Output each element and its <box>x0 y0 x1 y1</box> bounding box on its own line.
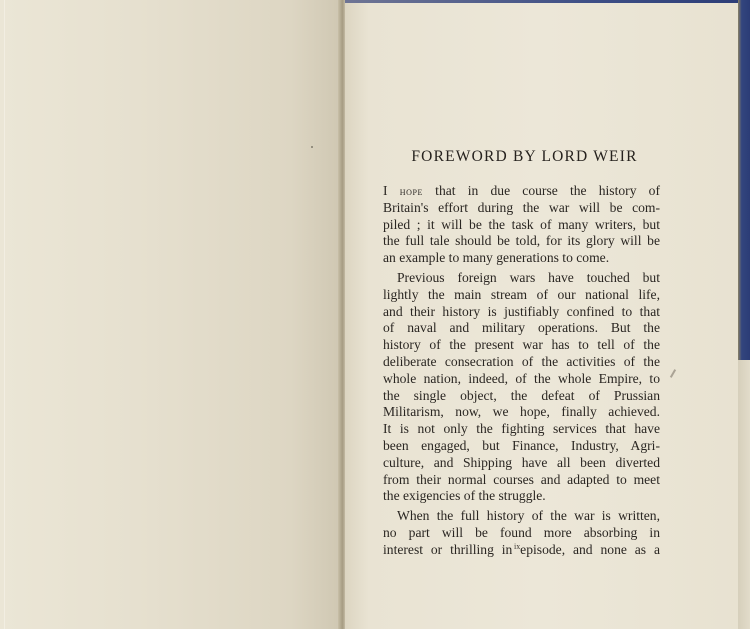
paragraph-3: When the full history of the war is writ… <box>383 508 660 558</box>
text-line: the single object, the defeat of Prussia… <box>383 388 660 405</box>
paragraph-1: I hope that in due course the history of… <box>383 183 660 267</box>
text-line: piled ; it will be the task of many writ… <box>383 217 660 234</box>
open-book-spread: FOREWORD BY LORD WEIR I hope that in due… <box>0 0 750 629</box>
text-line: no part will be found more absorbing in <box>383 525 660 542</box>
book-cover-edge-right <box>738 0 750 360</box>
paper-speck <box>311 146 313 148</box>
foreword-text: FOREWORD BY LORD WEIR I hope that in due… <box>383 140 660 562</box>
text-line: It is not only the fighting services tha… <box>383 421 660 438</box>
text-line: and their history is justifiably confine… <box>383 304 660 321</box>
text-line: When the full history of the war is writ… <box>383 508 660 525</box>
text-line: history of the present war has to tell o… <box>383 337 660 354</box>
text-line: an example to many generations to come. <box>383 250 660 267</box>
left-page-blank <box>0 0 342 629</box>
page-number: ix <box>514 542 520 551</box>
text-line: the full tale should be told, for its gl… <box>383 233 660 250</box>
page-edge <box>738 360 750 629</box>
paragraph-2: Previous foreign wars have touched but l… <box>383 270 660 505</box>
text-line: Previous foreign wars have touched but <box>383 270 660 287</box>
text-line: Britain's effort during the war will be … <box>383 200 660 217</box>
text-line: deliberate consecration of the activitie… <box>383 354 660 371</box>
text-line: I hope that in due course the history of <box>383 183 660 200</box>
text-line: the exigencies of the struggle. <box>383 488 660 505</box>
text-line: Militarism, now, we hope, finally achiev… <box>383 404 660 421</box>
text-line: interest or thrilling in episode, and no… <box>383 542 660 559</box>
text-line: whole nation, indeed, of the whole Empir… <box>383 371 660 388</box>
text-line: of naval and military operations. But th… <box>383 320 660 337</box>
smallcaps-lead: hope <box>400 184 423 198</box>
text-line: been engaged, but Finance, Industry, Agr… <box>383 438 660 455</box>
text-line: culture, and Shipping have all been dive… <box>383 455 660 472</box>
text-line: lightly the main stream of our national … <box>383 287 660 304</box>
text-line: from their normal courses and adapted to… <box>383 472 660 489</box>
page-title: FOREWORD BY LORD WEIR <box>383 148 660 166</box>
